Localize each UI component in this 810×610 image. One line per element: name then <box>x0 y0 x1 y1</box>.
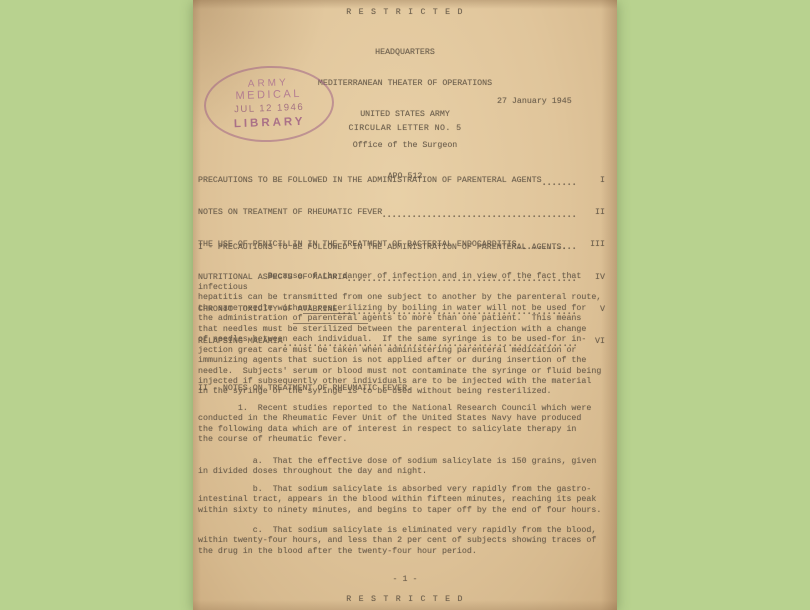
letterhead-line-office: Office of the Surgeon <box>193 141 617 151</box>
toc-row: PRECAUTIONS TO BE FOLLOWED IN THE ADMINI… <box>198 176 605 187</box>
toc-dot-leader <box>543 176 576 187</box>
document-date: 27 January 1945 <box>497 97 572 107</box>
scan-background: R E S T R I C T E D HEADQUARTERS MEDITER… <box>0 0 810 610</box>
underline-each-individual <box>293 323 368 324</box>
section-1-text: Because of the danger of infection and i… <box>198 272 601 396</box>
toc-row: NOTES ON TREATMENT OF RHEUMATIC FEVER II <box>198 208 605 219</box>
toc-item-title: NOTES ON TREATMENT OF RHEUMATIC FEVER <box>198 208 382 218</box>
section-2-heading: II - NOTES ON TREATMENT OF RHEUMATIC FEV… <box>198 384 612 394</box>
toc-dot-leader <box>383 208 576 219</box>
underline-sterilized <box>303 313 353 314</box>
document-title: CIRCULAR LETTER NO. 5 <box>193 124 617 134</box>
toc-item-numeral: I <box>577 176 605 186</box>
section-2-item-c: c. That sodium salicylate is eliminated … <box>198 526 612 557</box>
section-1-heading: I - PRECAUTIONS TO BE FOLLOWED IN THE AD… <box>198 243 612 253</box>
letterhead-line-headquarters: HEADQUARTERS <box>193 48 617 58</box>
classification-banner-top: R E S T R I C T E D <box>193 8 617 18</box>
section-2-item-a: a. That the effective dose of sodium sal… <box>198 457 612 478</box>
classification-banner-bottom: R E S T R I C T E D <box>193 595 617 605</box>
toc-item-numeral: II <box>577 208 605 218</box>
document-page: R E S T R I C T E D HEADQUARTERS MEDITER… <box>193 0 617 610</box>
toc-item-title: PRECAUTIONS TO BE FOLLOWED IN THE ADMINI… <box>198 176 542 186</box>
section-2-paragraph-1: 1. Recent studies reported to the Nation… <box>198 404 612 446</box>
section-2-item-b: b. That sodium salicylate is absorbed ve… <box>198 485 612 516</box>
page-number: - 1 - <box>193 575 617 585</box>
